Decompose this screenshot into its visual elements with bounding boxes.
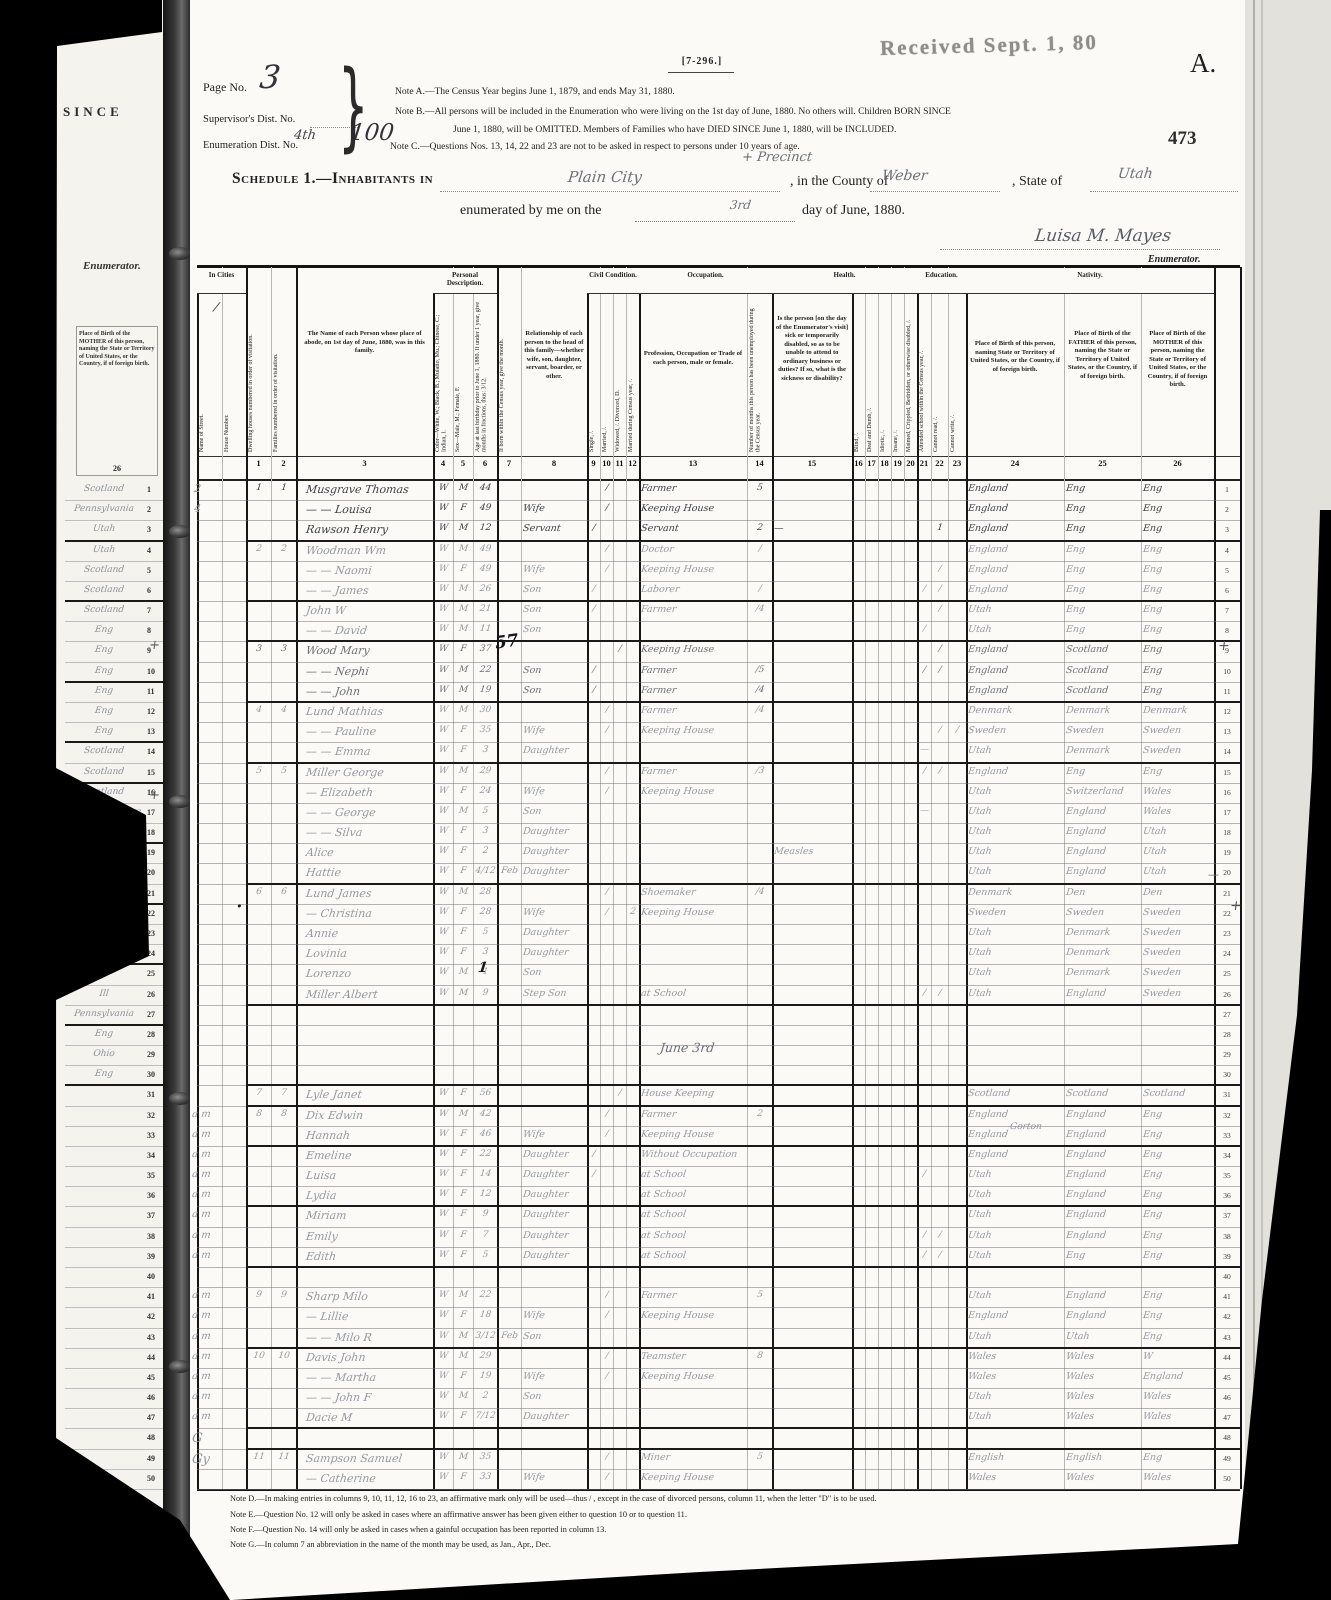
- strip-row-line: [65, 1307, 163, 1308]
- col-header-c13: Profession, Occupation or Trade of each …: [642, 350, 744, 367]
- strip-row-line: [65, 1408, 163, 1409]
- street-margin-mark: a m: [191, 1129, 242, 1140]
- strip-row-number: 31: [147, 1090, 155, 1099]
- col-header-c2: Families numbered in order of visitation…: [273, 300, 295, 452]
- cell-age: 2: [474, 846, 496, 856]
- strip-row-number: 6: [147, 586, 151, 595]
- cell-age: 37: [474, 644, 496, 654]
- family-separator-line: [246, 1266, 1240, 1268]
- strip-family-line: [65, 600, 163, 602]
- row-number: 10: [1214, 667, 1240, 676]
- cell-school: /: [918, 624, 930, 634]
- row-number: 5: [1214, 566, 1240, 575]
- strip-row-number: 8: [147, 626, 151, 635]
- col-number-c12: 12: [626, 458, 639, 478]
- cell-birth: England: [967, 766, 1063, 777]
- strip-plus-mark: +: [148, 638, 161, 653]
- cell-mother: Sweden: [1142, 725, 1213, 736]
- cell-mother: Eng: [1142, 1129, 1213, 1140]
- cell-sex: F: [454, 786, 472, 796]
- column-line-c24: [966, 267, 968, 1489]
- cell-sex: F: [454, 826, 472, 836]
- col-number-c4: 4: [433, 458, 453, 478]
- cell-sex: M: [454, 523, 472, 533]
- cell-mother: Eng: [1142, 1331, 1213, 1342]
- cell-father: England: [1065, 1129, 1140, 1140]
- row-number: 12: [1214, 707, 1240, 716]
- cell-name: Sharp Milo: [297, 1290, 441, 1303]
- cell-name: Lovinia: [297, 947, 441, 960]
- strip-row-line: [65, 1065, 163, 1066]
- cell-age: 22: [474, 1290, 496, 1300]
- row-number: 24: [1214, 949, 1240, 958]
- cell-father: Eng: [1065, 624, 1140, 635]
- cell-name: Woodman Wm: [297, 544, 441, 557]
- cell-color: W: [434, 1129, 452, 1139]
- group-header-education: Education.: [917, 268, 966, 294]
- strip-entry: Eng: [64, 666, 143, 676]
- cell-color: W: [434, 806, 452, 816]
- cell-married: /: [601, 705, 612, 715]
- strip-row-number: 36: [147, 1191, 155, 1200]
- cell-rel: Son: [522, 967, 586, 978]
- cell-single: /: [588, 604, 599, 614]
- cell-mother: Eng: [1142, 1290, 1213, 1301]
- cell-birth: England: [967, 644, 1063, 655]
- strip-entry: Eng: [64, 726, 143, 736]
- row-number: 1: [1214, 485, 1240, 494]
- cell-color: W: [434, 1250, 452, 1260]
- cell-occ: Farmer: [640, 685, 746, 696]
- row-number: 15: [1214, 768, 1240, 777]
- cell-age: 56: [474, 1088, 496, 1098]
- cell-father: Den: [1065, 887, 1140, 898]
- street-margin-mark: G: [191, 1431, 243, 1446]
- cell-mother: Eng: [1142, 685, 1213, 696]
- cell-mother: England: [1142, 1371, 1213, 1382]
- strip-entry: Pennsylvania: [64, 504, 143, 514]
- cell-birth: Wales: [967, 1351, 1063, 1362]
- cell-color: W: [434, 564, 452, 574]
- cell-name: Edith: [297, 1250, 441, 1263]
- row-line: [197, 1247, 1240, 1248]
- cell-name: — — John: [297, 685, 441, 698]
- cell-single: /: [588, 523, 599, 533]
- cell-birth: Utah: [967, 1391, 1063, 1402]
- strip-row-number: 13: [147, 727, 155, 736]
- cell-sex: F: [454, 1169, 472, 1179]
- strip-entry: Scotland: [64, 585, 143, 595]
- cell-married: /: [601, 1472, 612, 1482]
- cell-name: — — Martha: [297, 1371, 441, 1384]
- row-number: 48: [1214, 1433, 1240, 1442]
- cell-dw: 2: [247, 544, 270, 554]
- state-line: [1090, 190, 1238, 192]
- cell-birth: England: [967, 1149, 1063, 1160]
- row-line: [197, 682, 1240, 683]
- cell-fam: 1: [272, 483, 295, 493]
- annotation-margin-mark2: 4: [193, 502, 202, 515]
- row-line: [197, 561, 1240, 562]
- cell-sex: F: [454, 1209, 472, 1219]
- strip-row-number: 30: [147, 1070, 155, 1079]
- cell-rel: Wife: [522, 1472, 586, 1483]
- row-line: [197, 722, 1240, 723]
- cell-rel: Son: [522, 806, 586, 817]
- signature-line: [940, 248, 1220, 250]
- cell-occ: Farmer: [640, 1290, 746, 1301]
- previous-page-column-26-header-text: Place of Birth of the MOTHER of this per…: [79, 331, 155, 369]
- cell-maryear: 2: [627, 907, 638, 917]
- cell-age: 46: [474, 1129, 496, 1139]
- cell-sex: M: [454, 766, 472, 776]
- col-header-street: Name of Street.: [199, 300, 221, 452]
- cell-age: 19: [474, 1371, 496, 1381]
- cell-unemp: /5: [748, 665, 771, 675]
- cell-occ: Doctor: [640, 544, 746, 555]
- cell-age: 12: [474, 523, 496, 533]
- row-number: 19: [1214, 848, 1240, 857]
- cell-married: /: [601, 1290, 612, 1300]
- cell-age: 49: [474, 564, 496, 574]
- table-numbers-top-rule: [197, 456, 1240, 457]
- strip-entry: Scotland: [64, 767, 143, 777]
- cell-name: Alice: [297, 846, 441, 859]
- row-line: [197, 1489, 1240, 1490]
- cell-name: Miller Albert: [297, 988, 441, 1001]
- cell-occ: Keeping House: [640, 1472, 746, 1483]
- cell-age: 21: [474, 604, 496, 614]
- cell-mother: Eng: [1142, 1149, 1213, 1160]
- cell-noread: /: [932, 564, 947, 574]
- family-separator-line: [246, 1004, 1240, 1006]
- cell-color: W: [434, 1310, 452, 1320]
- strip-row-line: [65, 702, 163, 703]
- cell-birth: Utah: [967, 927, 1063, 938]
- col-number-c22: 22: [931, 458, 948, 478]
- cell-color: W: [434, 1391, 452, 1401]
- col-number-c9: 9: [587, 458, 600, 478]
- cell-birth: England: [967, 483, 1063, 494]
- county-value: Weber: [881, 168, 928, 184]
- cell-married: /: [601, 887, 612, 897]
- cell-name: Miller George: [297, 766, 441, 779]
- cell-age: 3: [474, 947, 496, 957]
- cell-married: /: [601, 483, 612, 493]
- cell-age: 42: [474, 1109, 496, 1119]
- cell-mother: Eng: [1142, 604, 1213, 615]
- row-number: 36: [1214, 1191, 1240, 1200]
- row-line: [197, 1287, 1240, 1288]
- cell-school: /: [918, 1230, 930, 1240]
- cell-mother: Eng: [1142, 766, 1213, 777]
- strip-plus-mark: +: [148, 788, 161, 803]
- cell-age: 4/12: [474, 866, 496, 876]
- binder-rivet: [169, 247, 191, 260]
- cell-widowed: /: [614, 644, 625, 654]
- cell-rel: Wife: [522, 907, 586, 918]
- column-line-c20: [904, 267, 905, 1489]
- cell-color: W: [434, 907, 452, 917]
- col-number-c11: 11: [613, 458, 626, 478]
- column-line-c10: [600, 267, 601, 1489]
- cell-age: 44: [474, 483, 496, 493]
- cell-rel: Son: [522, 1391, 586, 1402]
- county-label: , in the County of: [790, 174, 888, 190]
- cell-sex: F: [454, 1411, 472, 1421]
- cell-rel: Daughter: [522, 1411, 586, 1422]
- cell-rel: Son: [522, 665, 586, 676]
- column-line-c18: [878, 267, 879, 1489]
- cell-unemp: 8: [748, 1351, 771, 1361]
- col-header-c16: Blind, /.: [854, 300, 864, 452]
- enumerator-signature: Luisa M. Mayes: [1034, 226, 1173, 246]
- cell-sex: F: [454, 1371, 472, 1381]
- cell-age: 5: [474, 1250, 496, 1260]
- row-number: 18: [1214, 828, 1240, 837]
- cell-color: W: [434, 1371, 452, 1381]
- previous-page-text-fragment: SINCE: [63, 104, 123, 120]
- column-line-c5: [453, 267, 454, 1489]
- col-number-c14: 14: [747, 458, 772, 478]
- cell-married: /: [601, 544, 612, 554]
- cell-name: — — Nephi: [297, 665, 441, 678]
- cell-mother: Eng: [1142, 1250, 1213, 1261]
- cell-color: W: [434, 1452, 452, 1462]
- strip-row-line: [65, 1348, 163, 1349]
- cell-father: Scotland: [1065, 685, 1140, 696]
- cell-father: Denmark: [1065, 947, 1140, 958]
- col-header-c5: Sex—Male, M.; Female, F.: [455, 300, 472, 452]
- cell-rel: Daughter: [522, 947, 586, 958]
- family-separator-line: [246, 1448, 1240, 1450]
- col-number-c23: 23: [948, 458, 966, 478]
- cell-father: England: [1065, 1109, 1140, 1120]
- enumeration-dist-label: Enumeration Dist. No.: [203, 140, 298, 151]
- strip-row-number: 40: [147, 1272, 155, 1281]
- strip-row-number: 44: [147, 1353, 155, 1362]
- cell-father: England: [1065, 1149, 1140, 1160]
- row-line: [197, 843, 1240, 844]
- cell-sex: M: [454, 1351, 472, 1361]
- col-header-c7: If born within the Census year, give the…: [499, 300, 520, 452]
- strip-entry: Scotland: [64, 484, 143, 494]
- cell-fam: 6: [272, 887, 295, 897]
- cell-age: 33: [474, 1472, 496, 1482]
- row-number: 45: [1214, 1373, 1240, 1382]
- cell-birth: Utah: [967, 967, 1063, 978]
- row-number: 8: [1214, 626, 1240, 635]
- strip-row-line: [65, 1045, 163, 1046]
- cell-birth: Utah: [967, 786, 1063, 797]
- cell-married: /: [601, 766, 612, 776]
- cell-father: England: [1065, 866, 1140, 877]
- annotation-plus-row23: +: [1229, 898, 1243, 914]
- cell-birth: Utah: [967, 1230, 1063, 1241]
- cell-rel: Daughter: [522, 1149, 586, 1160]
- strip-row-line: [65, 1126, 163, 1127]
- cell-mother: Sweden: [1142, 967, 1213, 978]
- cell-birth: Scotland: [967, 1088, 1063, 1099]
- cell-unemp: /4: [748, 604, 771, 614]
- cell-occ: Servant: [640, 523, 746, 534]
- strip-row-number: 49: [147, 1454, 155, 1463]
- cell-married: /: [601, 1351, 612, 1361]
- cell-father: England: [1065, 1189, 1140, 1200]
- col-header-c22: Cannot read, /.: [933, 300, 947, 452]
- note-d: Note D.—In making entries in columns 9, …: [230, 1494, 877, 1503]
- row-line: [197, 863, 1240, 864]
- row-number: 40: [1214, 1272, 1240, 1281]
- family-separator-line: [246, 1347, 1240, 1349]
- row-line: [197, 803, 1240, 804]
- cell-father: England: [1065, 988, 1140, 999]
- note-f: Note F.—Question No. 14 will only be ask…: [230, 1525, 606, 1534]
- cell-rel: Daughter: [522, 1209, 586, 1220]
- annotation-dot-row22: •: [235, 900, 243, 913]
- row-line: [197, 1368, 1240, 1369]
- cell-month: Feb: [498, 866, 520, 876]
- cell-father: England: [1065, 1310, 1140, 1321]
- strip-row-number: 41: [147, 1292, 155, 1301]
- cell-color: W: [434, 1411, 452, 1421]
- cell-birth: England: [967, 544, 1063, 555]
- street-margin-mark: a m: [191, 1371, 242, 1382]
- table-right-line: [1240, 267, 1242, 1489]
- row-number: 23: [1214, 929, 1240, 938]
- row-number: 27: [1214, 1010, 1240, 1019]
- cell-sex: M: [454, 1452, 472, 1462]
- cell-mother: Denmark: [1142, 705, 1213, 716]
- strip-row-number: 3: [147, 525, 151, 534]
- annotation-dash-row20: —: [1207, 868, 1220, 881]
- street-margin-mark: a m: [191, 1391, 242, 1402]
- cell-father: England: [1065, 1209, 1140, 1220]
- cell-mother: Sweden: [1142, 927, 1213, 938]
- cell-birth: Utah: [967, 1290, 1063, 1301]
- cell-sex: M: [454, 685, 472, 695]
- row-line: [197, 823, 1240, 824]
- cell-name: Lund James: [297, 887, 441, 900]
- cell-birth: Utah: [967, 745, 1063, 756]
- cell-color: W: [434, 584, 452, 594]
- cell-rel: Son: [522, 604, 586, 615]
- strip-row-number: 46: [147, 1393, 155, 1402]
- strip-entry: Eng: [64, 1069, 143, 1079]
- binder-rivet: [169, 1092, 191, 1105]
- cell-rel: Daughter: [522, 1250, 586, 1261]
- cell-sex: F: [454, 644, 472, 654]
- cell-birth: Utah: [967, 1209, 1063, 1220]
- cell-school: /: [918, 1250, 930, 1260]
- binder-rivet: [169, 525, 191, 538]
- column-line-house: [222, 267, 223, 1489]
- strip-row-line: [65, 662, 163, 663]
- day-line: [635, 220, 795, 222]
- strip-row-number: 17: [147, 808, 155, 817]
- cell-mother: Scotland: [1142, 1088, 1213, 1099]
- cell-rel: Wife: [522, 786, 586, 797]
- strip-row-number: 28: [147, 1030, 155, 1039]
- cell-age: 19: [474, 685, 496, 695]
- strip-entry: Scotland: [64, 605, 143, 615]
- enumeration-dist-value: 4th: [293, 128, 317, 143]
- cell-birth: England: [967, 503, 1063, 514]
- cell-month: Feb: [498, 1331, 520, 1341]
- strip-row-number: 7: [147, 606, 151, 615]
- cell-noread: /: [932, 725, 947, 735]
- cell-name: — Catherine: [297, 1472, 441, 1485]
- cell-birth: England: [967, 1310, 1063, 1321]
- cell-mother: Utah: [1142, 866, 1213, 877]
- strip-entry: Ohio: [64, 1049, 143, 1059]
- cell-rel: Wife: [522, 1310, 586, 1321]
- cell-name: Sampson Samuel: [297, 1452, 441, 1465]
- cell-unemp: /4: [748, 685, 771, 695]
- col-number-c10: 10: [600, 458, 613, 478]
- cell-color: W: [434, 866, 452, 876]
- col-header-house: House Number.: [224, 300, 245, 452]
- cell-occ: Keeping House: [640, 1371, 746, 1382]
- cell-single: /: [588, 1149, 599, 1159]
- cell-color: W: [434, 523, 452, 533]
- schedule-title: Schedule 1.—Inhabitants in: [232, 170, 433, 188]
- strip-entry: Eng: [64, 1029, 143, 1039]
- group-header-nativity: Nativity.: [966, 268, 1214, 294]
- strip-row-number: 45: [147, 1373, 155, 1382]
- cell-color: W: [434, 967, 452, 977]
- cell-school: /: [918, 584, 930, 594]
- cell-color: W: [434, 685, 452, 695]
- cell-color: W: [434, 1230, 452, 1240]
- cell-sex: M: [454, 1331, 472, 1341]
- cell-name: Miriam: [297, 1209, 441, 1222]
- cell-name: Musgrave Thomas: [297, 483, 441, 496]
- cell-dw: 5: [247, 766, 270, 776]
- cell-birth: Sweden: [967, 725, 1063, 736]
- strip-row-number: 43: [147, 1333, 155, 1342]
- cell-father: English: [1065, 1452, 1140, 1463]
- family-separator-line: [246, 1105, 1240, 1107]
- cell-school: /: [918, 1169, 930, 1179]
- row-number: 41: [1214, 1292, 1240, 1301]
- strip-entry: Eng: [64, 706, 143, 716]
- cell-name: — Elizabeth: [297, 786, 441, 799]
- cell-occ: at School: [640, 1230, 746, 1241]
- cell-fam: 5: [272, 766, 295, 776]
- cell-birth: England: [967, 564, 1063, 575]
- cell-unemp: 5: [748, 1452, 771, 1462]
- precinct-value: + Precinct: [741, 150, 813, 165]
- cell-father: Eng: [1065, 503, 1140, 514]
- cell-rel: Wife: [522, 1371, 586, 1382]
- cell-name: Wood Mary: [297, 644, 441, 657]
- cell-school: /: [918, 766, 930, 776]
- cell-name: Rawson Henry: [297, 523, 441, 536]
- strip-row-line: [65, 1206, 163, 1207]
- cell-birth: England: [967, 523, 1063, 534]
- cell-age: 5: [474, 806, 496, 816]
- cell-age: 35: [474, 1452, 496, 1462]
- cell-single: /: [588, 1169, 599, 1179]
- strip-row-line: [65, 1005, 163, 1006]
- cell-dw: 3: [247, 644, 270, 654]
- family-separator-line: [246, 1427, 1240, 1429]
- street-margin-mark: a m: [191, 1310, 242, 1321]
- row-line: [197, 520, 1240, 521]
- cell-fam: 7: [272, 1088, 295, 1098]
- cell-name: — — John F: [297, 1391, 441, 1404]
